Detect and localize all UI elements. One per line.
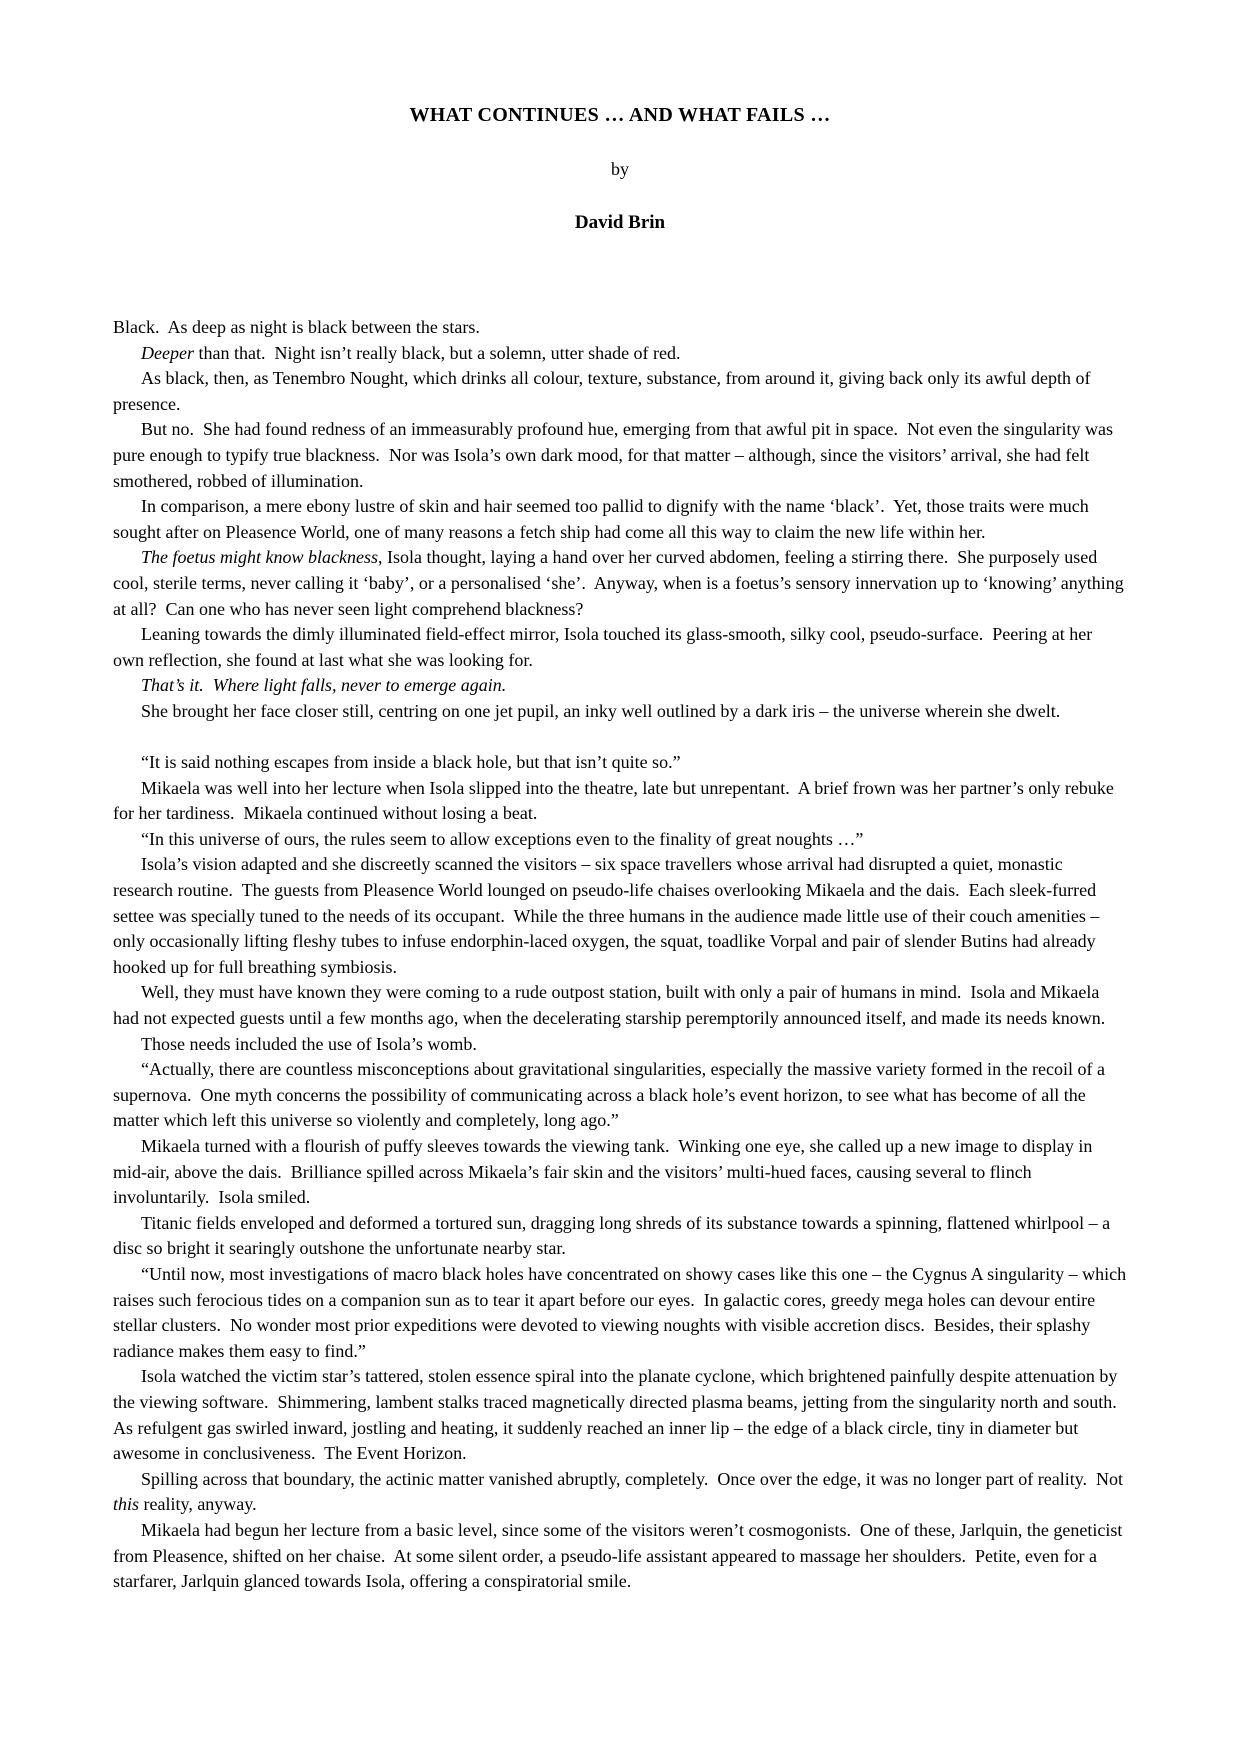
text-run: Titanic fields enveloped and deformed a … (113, 1213, 1115, 1259)
italic-text-run: Deeper (141, 343, 194, 363)
text-run: Isola watched the victim star’s tattered… (113, 1366, 1125, 1463)
paragraph: Leaning towards the dimly illuminated fi… (113, 622, 1127, 673)
paragraph: Spilling across that boundary, the actin… (113, 1467, 1127, 1518)
document-page: WHAT CONTINUES … AND WHAT FAILS … by Dav… (0, 0, 1240, 1755)
text-run: Mikaela had begun her lecture from a bas… (113, 1520, 1127, 1591)
paragraph: That’s it. Where light falls, never to e… (113, 673, 1127, 699)
text-run: Isola’s vision adapted and she discreetl… (113, 854, 1104, 976)
text-run: But no. She had found redness of an imme… (113, 419, 1117, 490)
italic-text-run: this (113, 1494, 139, 1514)
italic-text-run: The foetus might know blackness (141, 547, 378, 567)
paragraph: Isola watched the victim star’s tattered… (113, 1364, 1127, 1466)
paragraph: Mikaela had begun her lecture from a bas… (113, 1518, 1127, 1595)
text-run: Spilling across that boundary, the actin… (141, 1469, 1128, 1489)
paragraph: “It is said nothing escapes from inside … (113, 750, 1127, 776)
text-run: “Until now, most investigations of macro… (113, 1264, 1131, 1361)
text-run: “In this universe of ours, the rules see… (141, 829, 863, 849)
paragraph: “Until now, most investigations of macro… (113, 1262, 1127, 1364)
text-run: Mikaela turned with a flourish of puffy … (113, 1136, 1097, 1207)
italic-text-run: That’s it. Where light falls, never to e… (141, 675, 506, 695)
paragraph: Well, they must have known they were com… (113, 980, 1127, 1031)
text-run: than that. Night isn’t really black, but… (194, 343, 681, 363)
text-run: As black, then, as Tenembro Nought, whic… (113, 368, 1095, 414)
text-run: Black. As deep as night is black between… (113, 317, 480, 337)
text-run: “It is said nothing escapes from inside … (141, 752, 681, 772)
paragraph: Titanic fields enveloped and deformed a … (113, 1211, 1127, 1262)
author-name: David Brin (113, 211, 1127, 235)
paragraph: The foetus might know blackness, Isola t… (113, 545, 1127, 622)
text-run: Well, they must have known they were com… (113, 982, 1105, 1028)
text-run: “Actually, there are countless misconcep… (113, 1059, 1110, 1130)
text-run: Leaning towards the dimly illuminated fi… (113, 624, 1097, 670)
paragraph: Those needs included the use of Isola’s … (113, 1032, 1127, 1058)
paragraph: Mikaela was well into her lecture when I… (113, 776, 1127, 827)
paragraph: Black. As deep as night is black between… (113, 315, 1127, 341)
document-title: WHAT CONTINUES … AND WHAT FAILS … (113, 103, 1127, 127)
paragraph: But no. She had found redness of an imme… (113, 417, 1127, 494)
text-run: Those needs included the use of Isola’s … (141, 1034, 477, 1054)
text-run: Mikaela was well into her lecture when I… (113, 778, 1118, 824)
paragraph: Deeper than that. Night isn’t really bla… (113, 341, 1127, 367)
paragraph: Isola’s vision adapted and she discreetl… (113, 852, 1127, 980)
paragraph: “Actually, there are countless misconcep… (113, 1057, 1127, 1134)
text-run: She brought her face closer still, centr… (141, 701, 1060, 721)
text-run: reality, anyway. (139, 1494, 257, 1514)
byline-label: by (113, 157, 1127, 181)
paragraph: She brought her face closer still, centr… (113, 699, 1127, 725)
paragraph: “In this universe of ours, the rules see… (113, 827, 1127, 853)
document-body: Black. As deep as night is black between… (113, 315, 1127, 1595)
text-run: In comparison, a mere ebony lustre of sk… (113, 496, 1093, 542)
paragraph: In comparison, a mere ebony lustre of sk… (113, 494, 1127, 545)
paragraph: Mikaela turned with a flourish of puffy … (113, 1134, 1127, 1211)
paragraph: As black, then, as Tenembro Nought, whic… (113, 366, 1127, 417)
